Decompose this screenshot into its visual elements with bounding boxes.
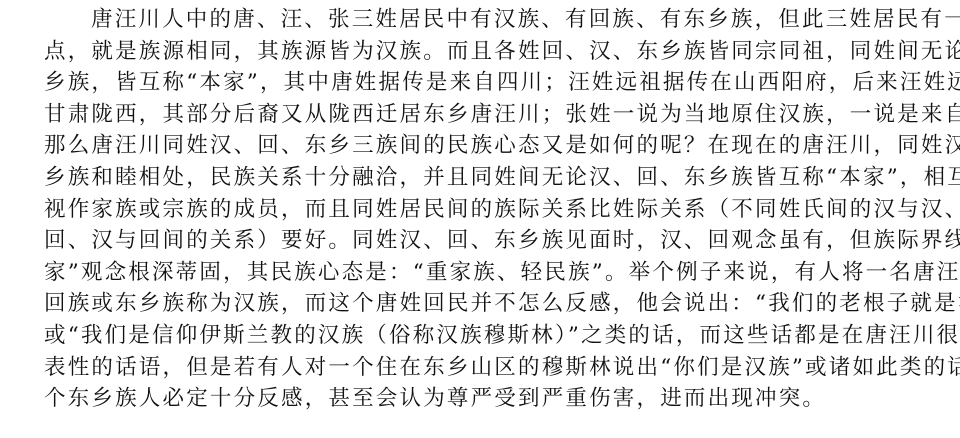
text-line-13: 个东乡族人必定十分反感，甚至会认为尊严受到严重伤害，进而出现冲突。 (44, 383, 914, 415)
text-line-8: 回、汉与回间的关系）要好。同姓汉、回、东乡族见面时，汉、回观念虽有，但族际界线淡… (44, 225, 914, 257)
text-line-6: 乡族和睦相处，民族关系十分融洽，并且同姓间无论汉、回、东乡族皆互称“本家”，相互… (44, 162, 914, 194)
text-line-7: 视作家族或宗族的成员，而且同姓居民间的族际关系比姓际关系（不同姓氏间的汉与汉、回… (44, 194, 914, 226)
text-line-5: 那么唐汪川同姓汉、回、东乡三族间的民族心态又是如何的呢？在现在的唐汪川，同姓汉、… (44, 130, 914, 162)
text-line-9: 家”观念根深蒂固，其民族心态是：“重家族、轻民族”。举个例子来说，有人将一名唐汪… (44, 257, 914, 289)
text-line-2: 点，就是族源相同，其族源皆为汉族。而且各姓回、汉、东乡族皆同宗同祖，同姓间无论汉… (44, 36, 914, 68)
text-line-3: 乡族，皆互称“本家”，其中唐姓据传是来自四川；汪姓远祖据传在山西阳府，后来汪姓远… (44, 67, 914, 99)
body-paragraph: 唐汪川人中的唐、汪、张三姓居民中有汉族、有回族、有东乡族，但此三姓居民有一个共同… (44, 4, 914, 415)
text-line-4: 甘肃陇西，其部分后裔又从陇西迁居东乡唐汪川；张姓一说为当地原住汉族，一说是来自山… (44, 99, 914, 131)
document-page: 唐汪川人中的唐、汪、张三姓居民中有汉族、有回族、有东乡族，但此三姓居民有一个共同… (44, 4, 914, 415)
text-line-10: 回族或东乡族称为汉族，而这个唐姓回民并不怎么反感，他会说出：“我们的老根子就是汉… (44, 288, 914, 320)
text-line-12: 表性的话语，但是若有人对一个住在东乡山区的穆斯林说出“你们是汉族”或诸如此类的话… (44, 352, 914, 384)
text-line-11: 或“我们是信仰伊斯兰教的汉族（俗称汉族穆斯林）”之类的话，而这些话都是在唐汪川很… (44, 320, 914, 352)
text-line-1: 唐汪川人中的唐、汪、张三姓居民中有汉族、有回族、有东乡族，但此三姓居民有一个共同 (44, 4, 914, 36)
